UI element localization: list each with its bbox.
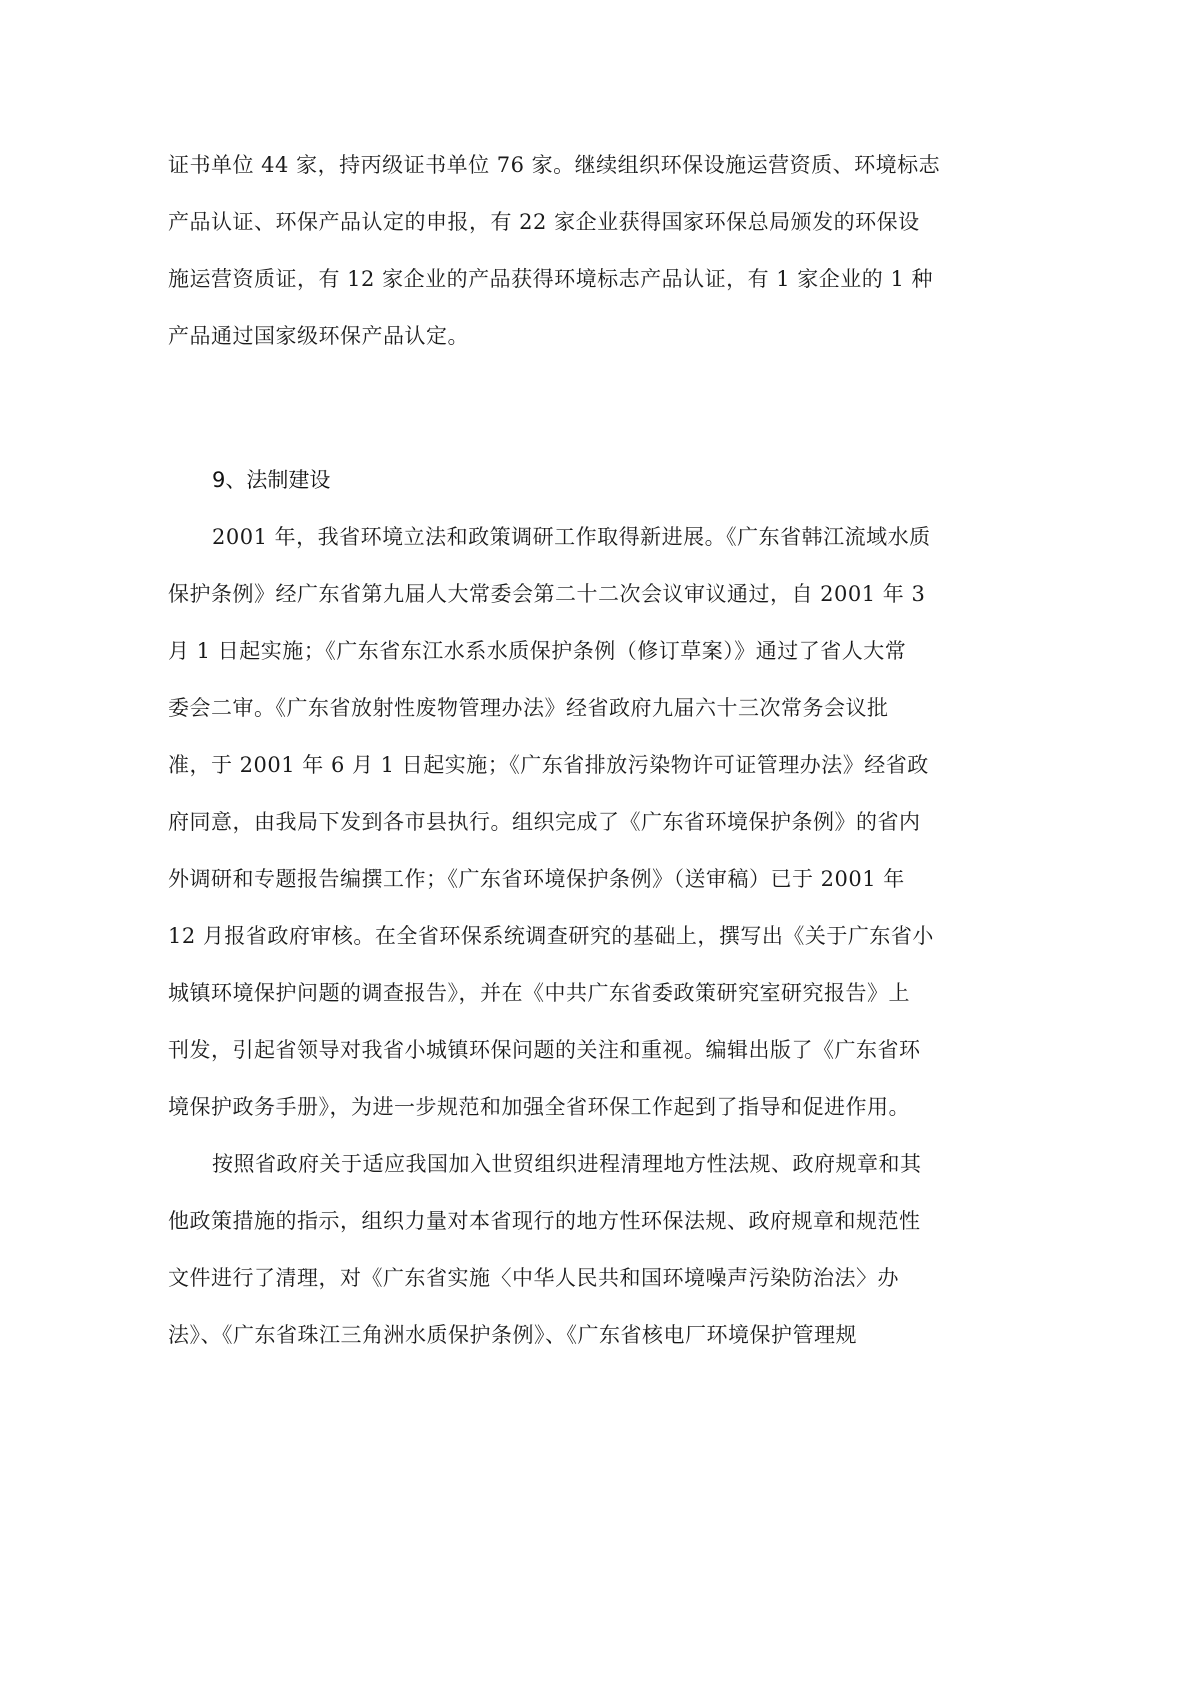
paragraph-line: 境保护政务手册》，为进一步规范和加强全省环保工作起到了指导和促进作用。 bbox=[168, 1092, 1038, 1122]
paragraph-line: 产品认证、环保产品认定的申报，有 22 家企业获得国家环保总局颁发的环保设 bbox=[168, 207, 1038, 237]
paragraph-line: 按照省政府关于适应我国加入世贸组织进程清理地方性法规、政府规章和其 bbox=[212, 1149, 1082, 1179]
paragraph-line: 施运营资质证，有 12 家企业的产品获得环境标志产品认证，有 1 家企业的 1 … bbox=[168, 264, 1038, 294]
paragraph-line: 外调研和专题报告编撰工作；《广东省环境保护条例》（送审稿）已于 2001 年 bbox=[168, 864, 1038, 894]
paragraph-line: 府同意，由我局下发到各市县执行。组织完成了《广东省环境保护条例》的省内 bbox=[168, 807, 1038, 837]
section-heading: 9、法制建设 bbox=[212, 465, 330, 495]
paragraph-line: 刊发，引起省领导对我省小城镇环保问题的关注和重视。编辑出版了《广东省环 bbox=[168, 1035, 1038, 1065]
paragraph-line: 月 1 日起实施；《广东省东江水系水质保护条例（修订草案）》通过了省人大常 bbox=[168, 636, 1038, 666]
paragraph-line: 法》、《广东省珠江三角洲水质保护条例》、《广东省核电厂环境保护管理规 bbox=[168, 1320, 1038, 1350]
paragraph-line: 产品通过国家级环保产品认定。 bbox=[168, 321, 1038, 351]
paragraph-line: 文件进行了清理，对《广东省实施〈中华人民共和国环境噪声污染防治法〉办 bbox=[168, 1263, 1038, 1293]
paragraph-line: 他政策措施的指示，组织力量对本省现行的地方性环保法规、政府规章和规范性 bbox=[168, 1206, 1038, 1236]
paragraph-line: 保护条例》经广东省第九届人大常委会第二十二次会议审议通过，自 2001 年 3 bbox=[168, 579, 1038, 609]
document-page: 证书单位 44 家，持丙级证书单位 76 家。继续组织环保设施运营资质、环境标志… bbox=[0, 0, 1191, 1684]
paragraph-line: 2001 年，我省环境立法和政策调研工作取得新进展。《广东省韩江流域水质 bbox=[212, 522, 1082, 552]
paragraph-line: 证书单位 44 家，持丙级证书单位 76 家。继续组织环保设施运营资质、环境标志 bbox=[168, 150, 1038, 180]
paragraph-line: 准，于 2001 年 6 月 1 日起实施；《广东省排放污染物许可证管理办法》经… bbox=[168, 750, 1038, 780]
paragraph-line: 委会二审。《广东省放射性废物管理办法》经省政府九届六十三次常务会议批 bbox=[168, 693, 1038, 723]
paragraph-line: 12 月报省政府审核。在全省环保系统调查研究的基础上，撰写出《关于广东省小 bbox=[168, 921, 1038, 951]
paragraph-line: 城镇环境保护问题的调查报告》，并在《中共广东省委政策研究室研究报告》上 bbox=[168, 978, 1038, 1008]
